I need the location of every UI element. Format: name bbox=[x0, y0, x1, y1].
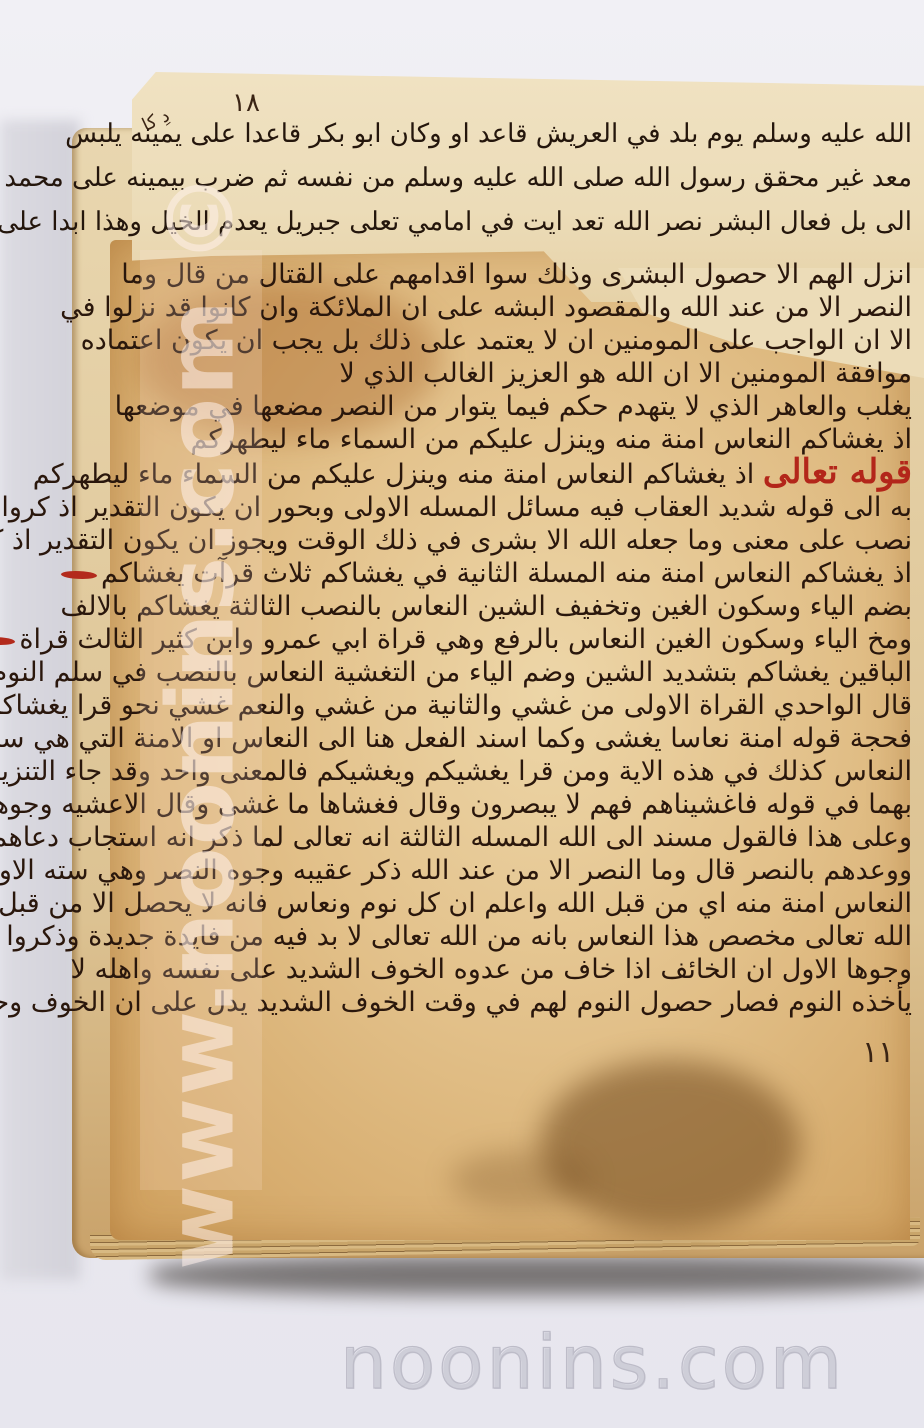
red-mark bbox=[0, 637, 15, 645]
text-line: بهما في قوله فاغشيناهم فهم لا يبصرون وقا… bbox=[0, 788, 912, 821]
text-line: اذ يغشاكم النعاس امنة منه المسلة الثانية… bbox=[0, 557, 912, 590]
text-line: يغلب والعاهر الذي لا يتهدم حكم فيما يتوا… bbox=[0, 390, 912, 423]
text-fragment: وعلى هذا فالقول مسند الى الله المسله الث… bbox=[0, 822, 912, 853]
text-line: الا ان الواجب على المومنين ان لا يعتمد ع… bbox=[0, 324, 912, 357]
text-line: موافقة المومنين الا ان الله هو العزيز ال… bbox=[0, 357, 912, 390]
text-line: الباقين يغشاكم بتشديد الشين وضم الياء من… bbox=[0, 656, 912, 689]
water-stain bbox=[450, 1150, 590, 1210]
text-line: الله عليه وسلم يوم بلد في العريش قاعد او… bbox=[0, 112, 912, 156]
water-stain bbox=[540, 1060, 800, 1230]
marginal-number: ١١ bbox=[862, 1035, 894, 1070]
text-line: ووعدهم بالنصر قال وما النصر الا من عند ا… bbox=[0, 854, 912, 887]
text-fragment: به الى قوله شديد العقاب فيه مسائل المسله… bbox=[1, 492, 912, 523]
text-line: فحجة قوله امنة نعاسا يغشى وكما اسند الفع… bbox=[0, 722, 912, 755]
text-line: النعاس امنة منه اي من قبل الله واعلم ان … bbox=[0, 887, 912, 920]
bottom-shadow bbox=[150, 1255, 924, 1295]
heading-line: قوله تعالى اذ يغشاكم النعاس امنة منه وين… bbox=[0, 456, 912, 491]
main-text: انزل الهم الا حصول البشرى وذلك سوا اقدام… bbox=[0, 258, 912, 1019]
text-line: معد غير محقق رسول الله صلى الله عليه وسل… bbox=[0, 156, 912, 200]
text-line: النصر الا من عند الله والمقصود البشه على… bbox=[0, 291, 912, 324]
patch-text: الله عليه وسلم يوم بلد في العريش قاعد او… bbox=[0, 112, 912, 244]
text-line: به الى قوله شديد العقاب فيه مسائل المسله… bbox=[0, 491, 912, 524]
text-line: انزل الهم الا حصول البشرى وذلك سوا اقدام… bbox=[0, 258, 912, 291]
text-line: وعلى هذا فالقول مسند الى الله المسله الث… bbox=[0, 821, 912, 854]
text-line: الى بل فعال البشر نصر الله تعد ايت في ام… bbox=[0, 200, 912, 244]
manuscript-photo: ١٨ دِ كا الله عليه وسلم يوم بلد في العري… bbox=[0, 0, 924, 1428]
text-line: وجوها الاول ان الخائف اذا خاف من عدوه ال… bbox=[0, 953, 912, 986]
text-line: الله تعالى مخصص هذا النعاس بانه من الله … bbox=[0, 920, 912, 953]
text-fragment: النعاس امنة منه اي من قبل الله واعلم ان … bbox=[0, 888, 912, 919]
rubric-heading: قوله تعالى bbox=[763, 452, 912, 492]
text-line: نصب على معنى وما جعله الله الا بشرى في ذ… bbox=[0, 524, 912, 557]
text-line: يأخذه النوم فصار حصول النوم لهم في وقت ا… bbox=[0, 986, 912, 1019]
watermark-bottom: noonins.com bbox=[340, 1320, 845, 1406]
text-line: بضم الياء وسكون الغين وتخفيف الشين النعا… bbox=[0, 590, 912, 623]
text-line: النعاس كذلك في هذه الاية ومن قرا يغشيكم … bbox=[0, 755, 912, 788]
red-mark bbox=[61, 571, 97, 579]
watermark-vertical: www.noonins.com © bbox=[140, 250, 262, 1190]
text-line: ومخ الياء وسكون الغين النعاس بالرفع وهي … bbox=[0, 623, 912, 656]
watermark-vertical-text: www.noonins.com © bbox=[148, 170, 255, 1270]
text-line: قال الواحدي القراة الاولى من غشي والثاني… bbox=[0, 689, 912, 722]
